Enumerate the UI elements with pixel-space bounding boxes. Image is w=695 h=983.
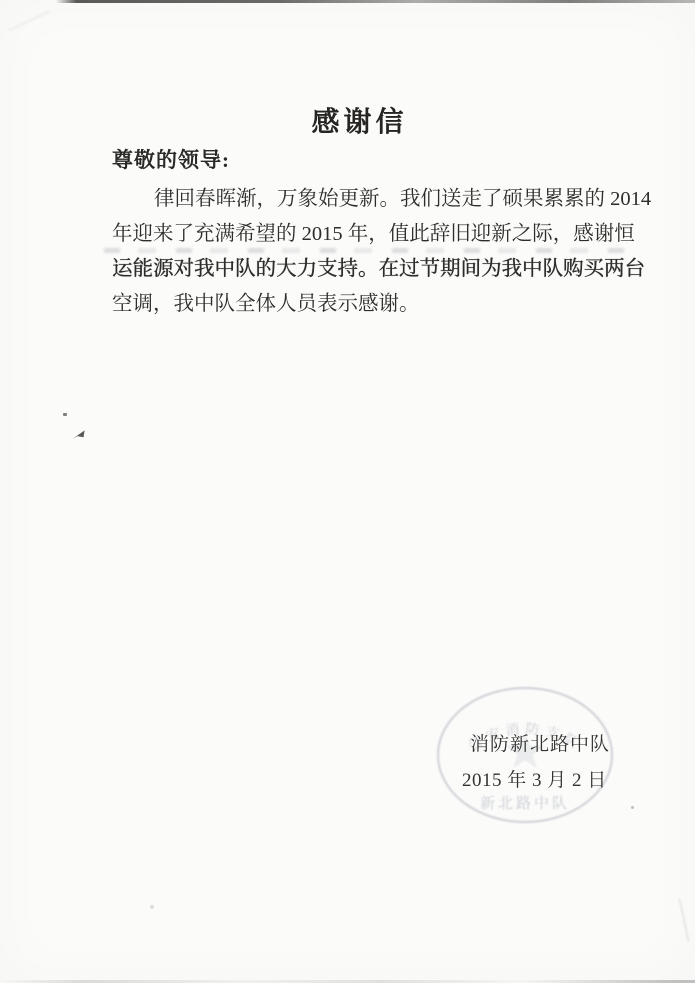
scanned-letter-page: 感谢信 尊敬的领导: 律回春晖渐，万象始更新。我们送走了硕果累累的 2014 年…: [0, 0, 695, 983]
body-line-2: 年迎来了充满希望的 2015 年，值此辞旧迎新之际，感谢恒: [112, 217, 633, 252]
scan-speck: [63, 413, 67, 416]
scan-speck: [72, 429, 86, 439]
signature-unit: 消防新北路中队: [470, 729, 610, 756]
scan-artifact-smudge-line: [104, 248, 640, 253]
seal-bottom-text: 新北路中队: [480, 795, 570, 812]
scan-speck: [631, 806, 634, 809]
scan-artifact-top-edge: [0, 0, 695, 3]
scan-artifact-crease: [678, 898, 689, 941]
salutation: 尊敬的领导:: [112, 144, 230, 174]
letter-title: 感谢信: [12, 100, 695, 140]
scan-speck: [150, 905, 154, 909]
signature-date: 2015 年 3 月 2 日: [462, 765, 607, 792]
body-line-1: 律回春晖渐，万象始更新。我们送走了硕果累累的 2014: [112, 182, 633, 217]
scan-artifact-crease: [8, 10, 51, 31]
body-line-3: 运能源对我中队的大力支持。在过节期间为我中队购买两台: [112, 252, 633, 287]
body-line-4: 空调，我中队全体人员表示感谢。: [112, 287, 633, 322]
